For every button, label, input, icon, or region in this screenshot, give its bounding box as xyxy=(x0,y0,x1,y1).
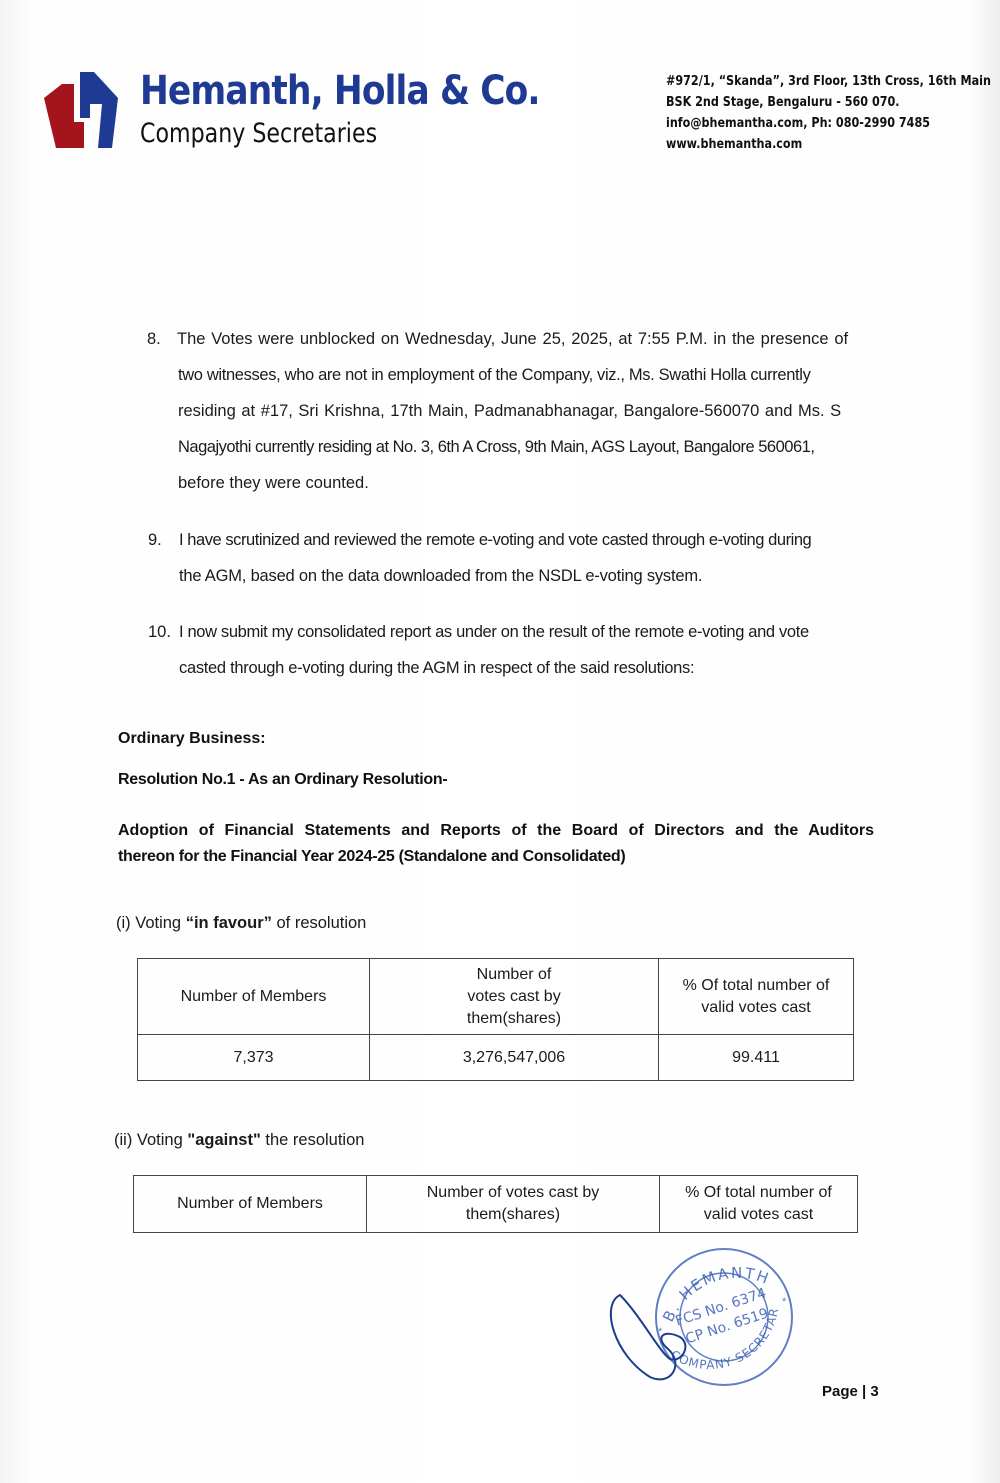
label-emphasis: “in favour” xyxy=(186,914,272,932)
paragraph-line: residing at #17, Sri Krishna, 17th Main,… xyxy=(178,402,841,421)
label-emphasis: "against" xyxy=(187,1131,260,1149)
website-link[interactable]: www.bhemantha.com xyxy=(666,134,991,155)
company-secretary-stamp-icon: B. HEMANTH COMPANY SECRETARY FCS No. 637… xyxy=(600,1245,800,1395)
header-members: Number of Members xyxy=(138,959,370,1035)
resolution-title-line: Adoption of Financial Statements and Rep… xyxy=(118,818,874,844)
header-votes: Number of votes cast by them(shares) xyxy=(370,959,659,1035)
label-text: of resolution xyxy=(272,914,366,932)
table-row: 7,373 3,276,547,006 99.411 xyxy=(138,1035,854,1081)
address-line: BSK 2nd Stage, Bengaluru - 560 070. xyxy=(666,92,991,113)
cell-votes: 3,276,547,006 xyxy=(370,1035,659,1081)
favour-votes-table: Number of Members Number of votes cast b… xyxy=(137,958,854,1081)
label-text: (ii) Voting xyxy=(114,1131,187,1149)
against-votes-table: Number of Members Number of votes cast b… xyxy=(133,1175,858,1233)
header-text: Number of votes cast by xyxy=(375,1182,651,1204)
header-text: votes cast by xyxy=(378,986,650,1008)
paragraph-line: two witnesses, who are not in employment… xyxy=(178,366,810,385)
header-members: Number of Members xyxy=(134,1176,367,1233)
header-text: Number of Members xyxy=(142,1193,358,1215)
firm-name: Hemanth, Holla & Co. xyxy=(140,68,540,114)
paragraph-line: casted through e-voting during the AGM i… xyxy=(179,659,694,678)
header-text: valid votes cast xyxy=(668,1204,849,1226)
header-text: Number of xyxy=(378,964,650,986)
item-number: 8. xyxy=(147,330,161,349)
label-text: (i) Voting xyxy=(116,914,186,932)
svg-text:*: * xyxy=(782,1296,787,1308)
header-percent: % Of total number of valid votes cast xyxy=(659,959,854,1035)
paragraph-line: before they were counted. xyxy=(178,474,369,493)
firm-logo-icon xyxy=(40,68,124,152)
firm-address: #972/1, “Skanda”, 3rd Floor, 13th Cross,… xyxy=(666,71,991,155)
paragraph-line: I have scrutinized and reviewed the remo… xyxy=(179,531,811,550)
cell-percent: 99.411 xyxy=(659,1035,854,1081)
header-text: them(shares) xyxy=(378,1008,650,1030)
firm-subtitle: Company Secretaries xyxy=(140,118,377,149)
cell-members: 7,373 xyxy=(138,1035,370,1081)
document-page: Hemanth, Holla & Co. Company Secretaries… xyxy=(0,0,1000,1483)
header-votes: Number of votes cast by them(shares) xyxy=(367,1176,660,1233)
item-number: 9. xyxy=(148,531,162,550)
resolution-title-line: thereon for the Financial Year 2024-25 (… xyxy=(118,844,874,870)
table-header-row: Number of Members Number of votes cast b… xyxy=(134,1176,858,1233)
contact-line: info@bhemantha.com, Ph: 080-2990 7485 xyxy=(666,113,991,134)
against-label: (ii) Voting "against" the resolution xyxy=(114,1131,364,1150)
table-header-row: Number of Members Number of votes cast b… xyxy=(138,959,854,1035)
resolution-heading: Resolution No.1 - As an Ordinary Resolut… xyxy=(118,771,447,789)
page-number: Page | 3 xyxy=(822,1383,879,1400)
paragraph-line: The Votes were unblocked on Wednesday, J… xyxy=(177,330,848,349)
header-percent: % Of total number of valid votes cast xyxy=(660,1176,858,1233)
address-line: #972/1, “Skanda”, 3rd Floor, 13th Cross,… xyxy=(666,71,991,92)
header-text: Number of Members xyxy=(146,986,361,1008)
resolution-title: Adoption of Financial Statements and Rep… xyxy=(118,818,874,870)
header-text: valid votes cast xyxy=(667,997,845,1019)
header-text: them(shares) xyxy=(375,1204,651,1226)
label-text: the resolution xyxy=(261,1131,365,1149)
header-text: % Of total number of xyxy=(667,975,845,997)
header-text: % Of total number of xyxy=(668,1182,849,1204)
paragraph-line: the AGM, based on the data downloaded fr… xyxy=(179,567,702,586)
paragraph-line: Nagajyothi currently residing at No. 3, … xyxy=(178,438,814,457)
favour-label: (i) Voting “in favour” of resolution xyxy=(116,914,366,933)
item-number: 10. xyxy=(148,623,171,642)
paragraph-line: I now submit my consolidated report as u… xyxy=(179,623,809,642)
section-heading: Ordinary Business: xyxy=(118,730,266,748)
